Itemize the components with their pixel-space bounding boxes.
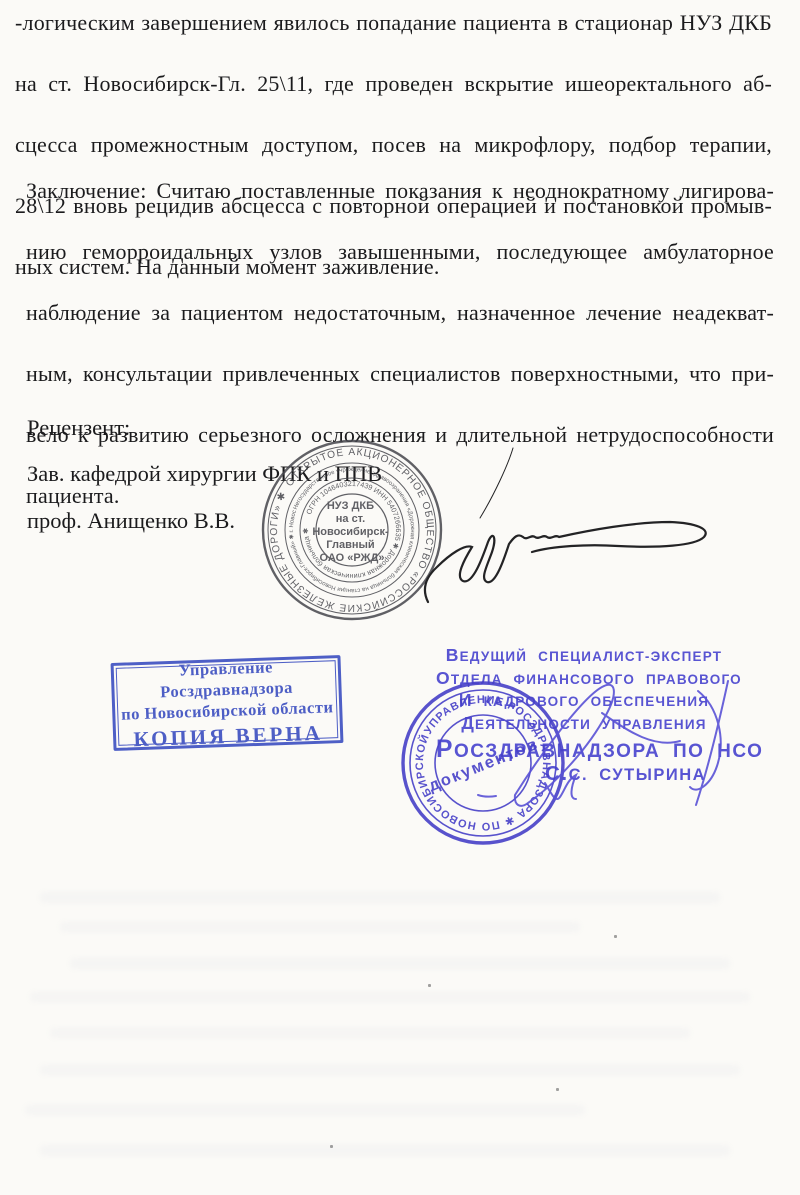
text-line: на ст. Новосибирск-Гл. 25\11, где провед… [15, 69, 772, 130]
expert-signature [470, 660, 750, 820]
text-line: -логическим завершением явилось попадани… [15, 8, 772, 69]
reviewer-name: проф. Анищенко В.В. [27, 508, 235, 534]
scan-speck [556, 1088, 559, 1091]
scan-artifact [40, 892, 720, 903]
text-line: Заключение: Считаю поставленные показани… [26, 176, 774, 237]
scan-artifact [60, 922, 580, 932]
scanned-document-page: -логическим завершением явилось попадани… [0, 0, 800, 1195]
scan-artifact [50, 1028, 690, 1038]
scan-speck [330, 1145, 333, 1148]
scan-artifact [30, 992, 750, 1002]
reviewer-label: Рецензент: [27, 415, 130, 441]
scan-artifact [40, 1065, 740, 1075]
seal-center-text: НУЗ ДКБ на ст. Новосибирск- Главный ОАО … [312, 500, 391, 564]
scan-speck [428, 984, 431, 987]
scan-artifact [40, 1145, 730, 1156]
rzd-round-seal: ОТКРЫТОЕ АКЦИОНЕРНОЕ ОБЩЕСТВО «РОССИЙСКИ… [257, 435, 447, 625]
scan-artifact [70, 958, 730, 969]
text-line: ным, консультации привлеченных специалис… [26, 359, 774, 420]
text-line: нию геморроидальных узлов завышенными, п… [26, 237, 774, 298]
text-line: наблюдение за пациентом недостаточным, н… [26, 298, 774, 359]
reviewer-signature [420, 440, 730, 620]
copy-stamp-line: КОПИЯ ВЕРНА [133, 719, 323, 752]
copy-verified-stamp: Управление Росздравнадзора по Новосибирс… [111, 655, 344, 751]
scan-artifact [25, 1105, 585, 1115]
scan-speck [614, 935, 617, 938]
